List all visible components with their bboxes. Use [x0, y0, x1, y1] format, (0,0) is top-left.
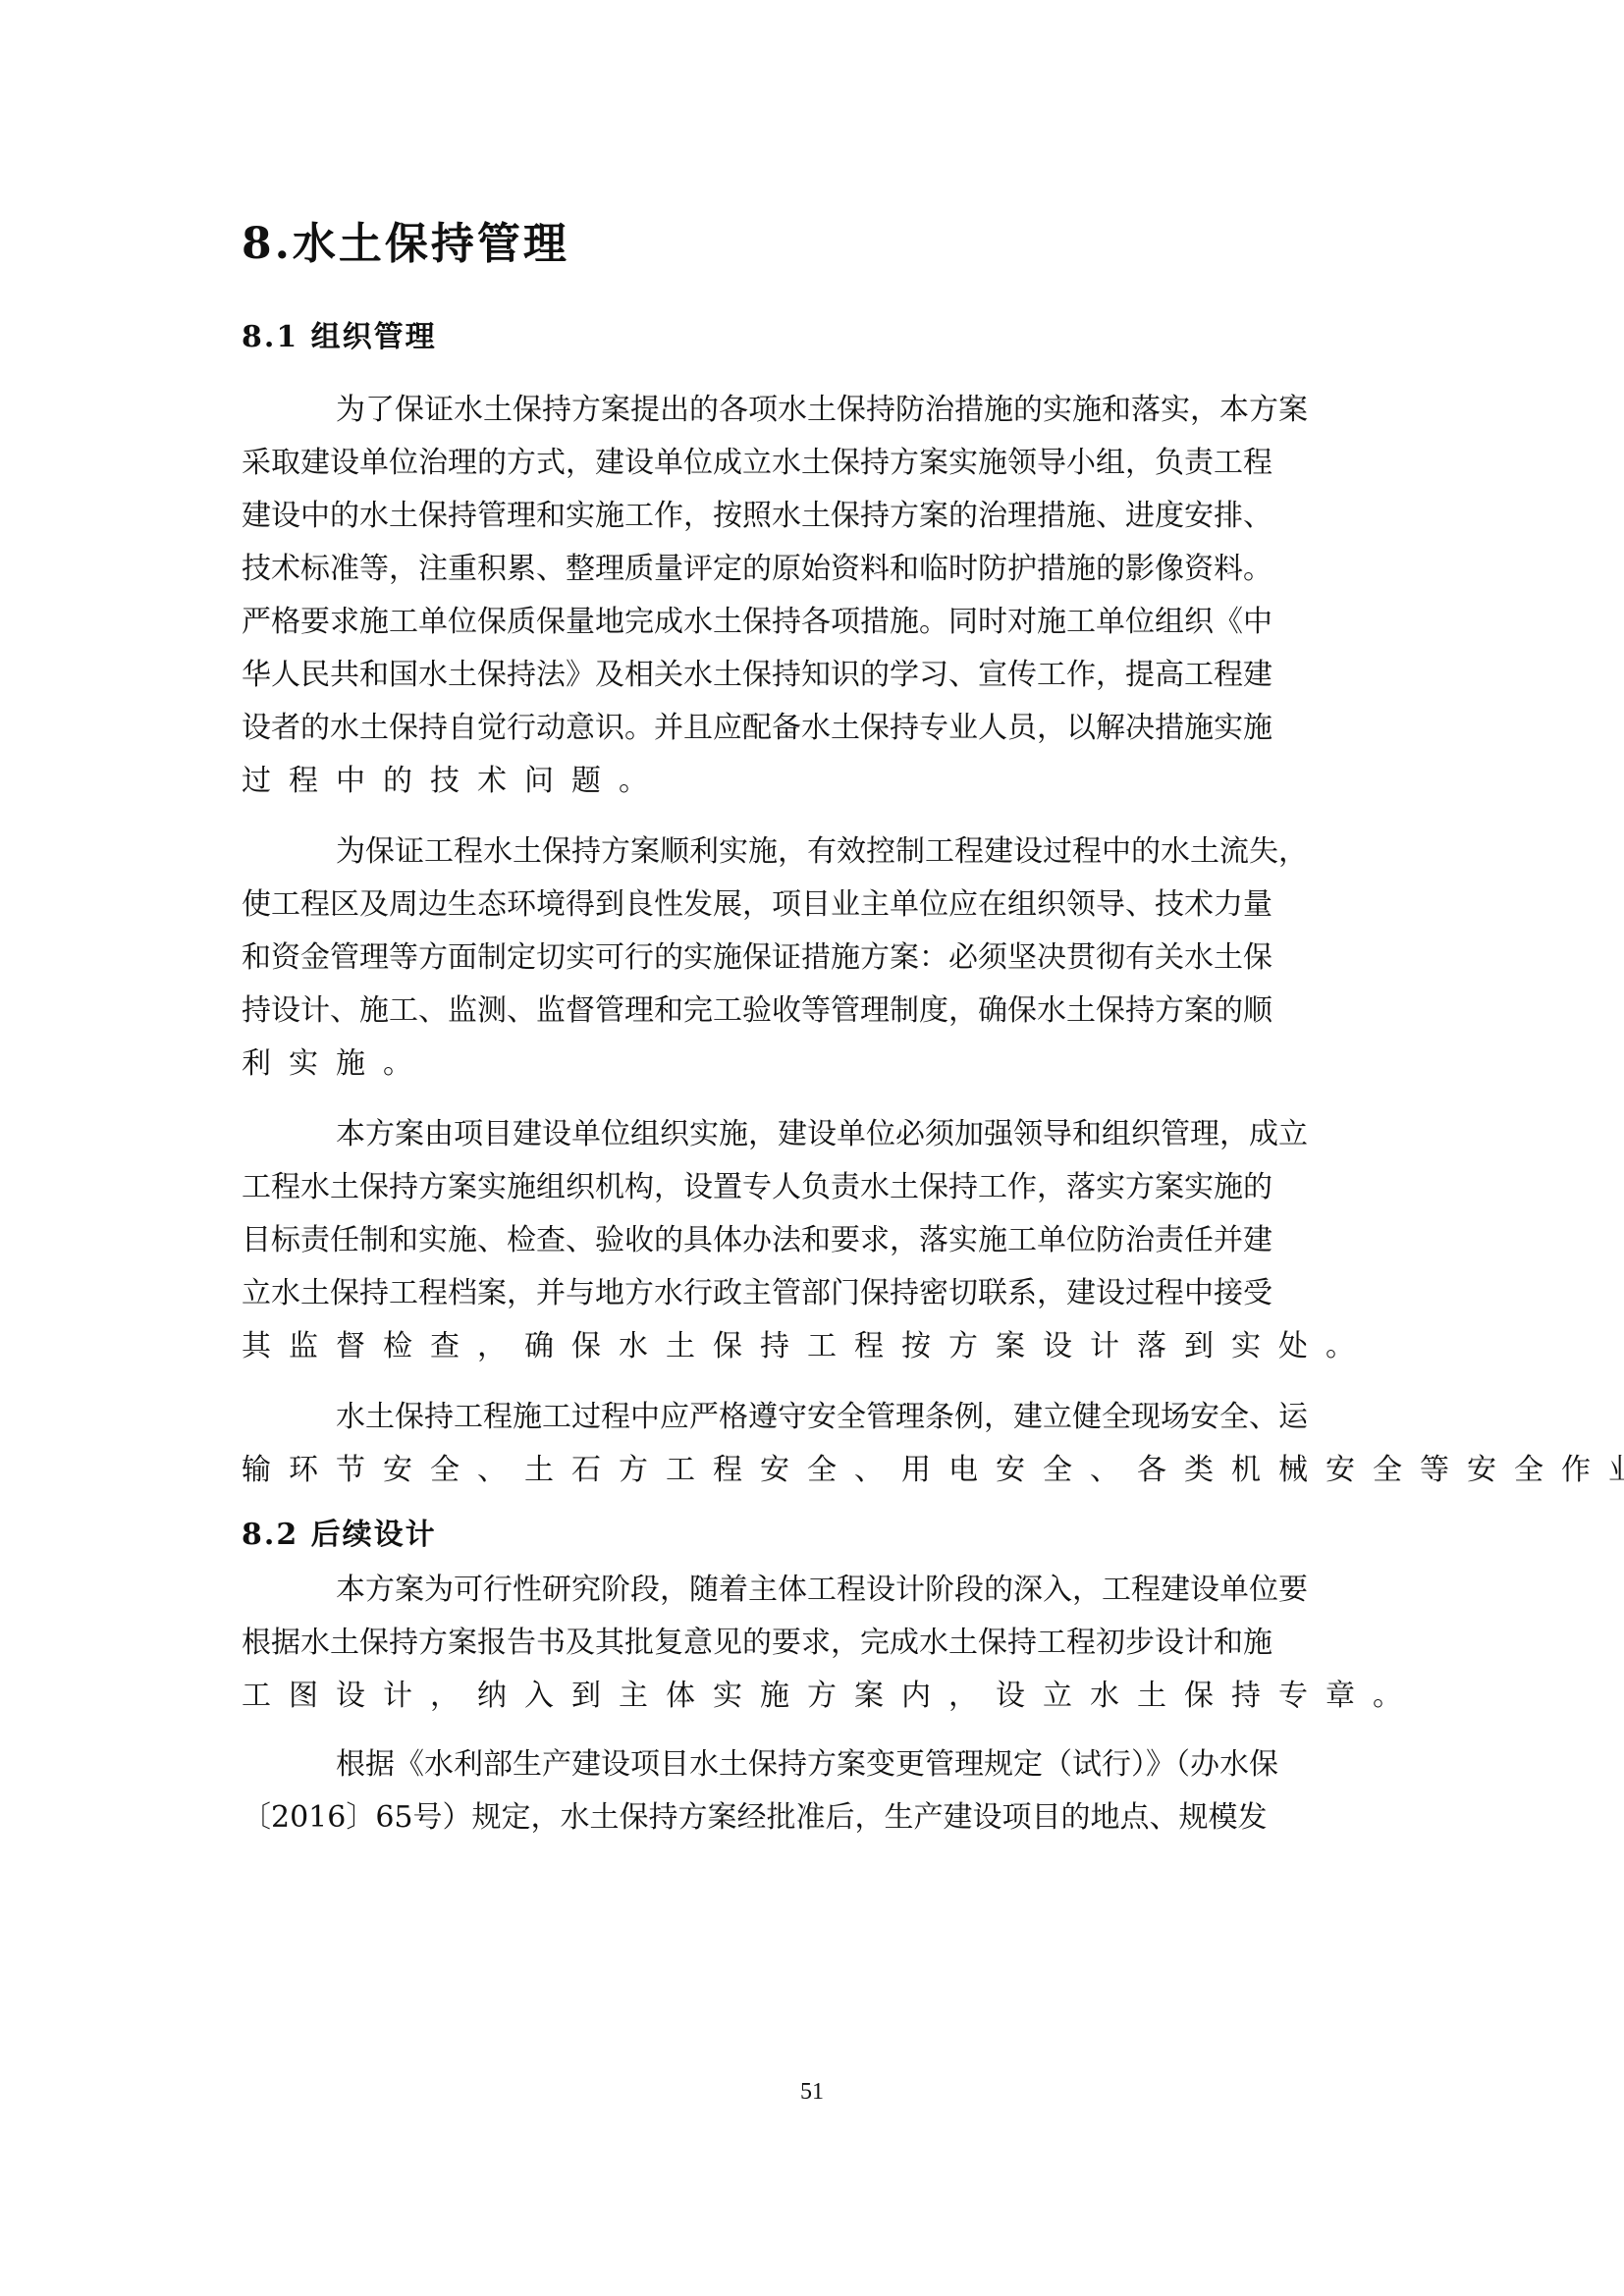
body-line: 工程水土保持方案实施组织机构，设置专人负责水土保持工作，落实方案实施的	[242, 1168, 1380, 1207]
body-line: 〔2016〕65号）规定，水土保持方案经批准后，生产建设项目的地点、规模发	[242, 1798, 1380, 1838]
body-line: 采取建设单位治理的方式，建设单位成立水土保持方案实施领导小组，负责工程	[242, 444, 1380, 483]
chapter-title: 8.水土保持管理	[242, 208, 569, 271]
document-page: 8.水土保持管理 8.1 组织管理 为了保证水土保持方案提出的各项水土保持防治措…	[0, 0, 1624, 2296]
section-heading-8-1: 8.1 组织管理	[242, 312, 437, 355]
body-line: 利实施。	[242, 1044, 1380, 1084]
body-line: 根据水土保持方案报告书及其批复意见的要求，完成水土保持工程初步设计和施	[242, 1624, 1380, 1663]
body-line: 使工程区及周边生态环境得到良性发展，项目业主单位应在组织领导、技术力量	[242, 885, 1380, 925]
section-heading-8-2: 8.2 后续设计	[242, 1510, 437, 1553]
page-number: 51	[0, 2079, 1624, 2106]
body-line: 本方案由项目建设单位组织实施，建设单位必须加强领导和组织管理，成立	[336, 1115, 1380, 1154]
body-line: 其监督检查，确保水土保持工程按方案设计落到实处。	[242, 1327, 1380, 1366]
body-line: 持设计、施工、监测、监督管理和完工验收等管理制度，确保水土保持方案的顺	[242, 991, 1380, 1031]
body-line: 建设中的水土保持管理和实施工作，按照水土保持方案的治理措施、进度安排、	[242, 497, 1380, 536]
body-line: 技术标准等，注重积累、整理质量评定的原始资料和临时防护措施的影像资料。	[242, 550, 1380, 589]
body-line: 根据《水利部生产建设项目水土保持方案变更管理规定（试行）》（办水保	[336, 1745, 1380, 1785]
body-line: 为了保证水土保持方案提出的各项水土保持防治措施的实施和落实，本方案	[336, 391, 1380, 430]
body-line: 和资金管理等方面制定切实可行的实施保证措施方案：必须坚决贯彻有关水土保	[242, 938, 1380, 978]
body-line: 水土保持工程施工过程中应严格遵守安全管理条例，建立健全现场安全、运	[336, 1398, 1380, 1437]
body-line: 严格要求施工单位保质保量地完成水土保持各项措施。同时对施工单位组织《中	[242, 603, 1380, 642]
body-line: 设者的水土保持自觉行动意识。并且应配备水土保持专业人员，以解决措施实施	[242, 709, 1380, 748]
body-line: 过程中的技术问题。	[242, 762, 1380, 801]
body-line: 本方案为可行性研究阶段，随着主体工程设计阶段的深入，工程建设单位要	[336, 1571, 1380, 1610]
body-line: 华人民共和国水土保持法》及相关水土保持知识的学习、宣传工作，提高工程建	[242, 656, 1380, 695]
body-line: 目标责任制和实施、检查、验收的具体办法和要求，落实施工单位防治责任并建	[242, 1221, 1380, 1260]
body-line: 输环节安全、土石方工程安全、用电安全、各类机械安全等安全作业制度。	[242, 1451, 1380, 1490]
body-line: 立水土保持工程档案，并与地方水行政主管部门保持密切联系，建设过程中接受	[242, 1274, 1380, 1313]
body-line: 工图设计，纳入到主体实施方案内，设立水土保持专章。	[242, 1677, 1380, 1716]
body-line: 为保证工程水土保持方案顺利实施，有效控制工程建设过程中的水土流失，	[336, 832, 1380, 872]
